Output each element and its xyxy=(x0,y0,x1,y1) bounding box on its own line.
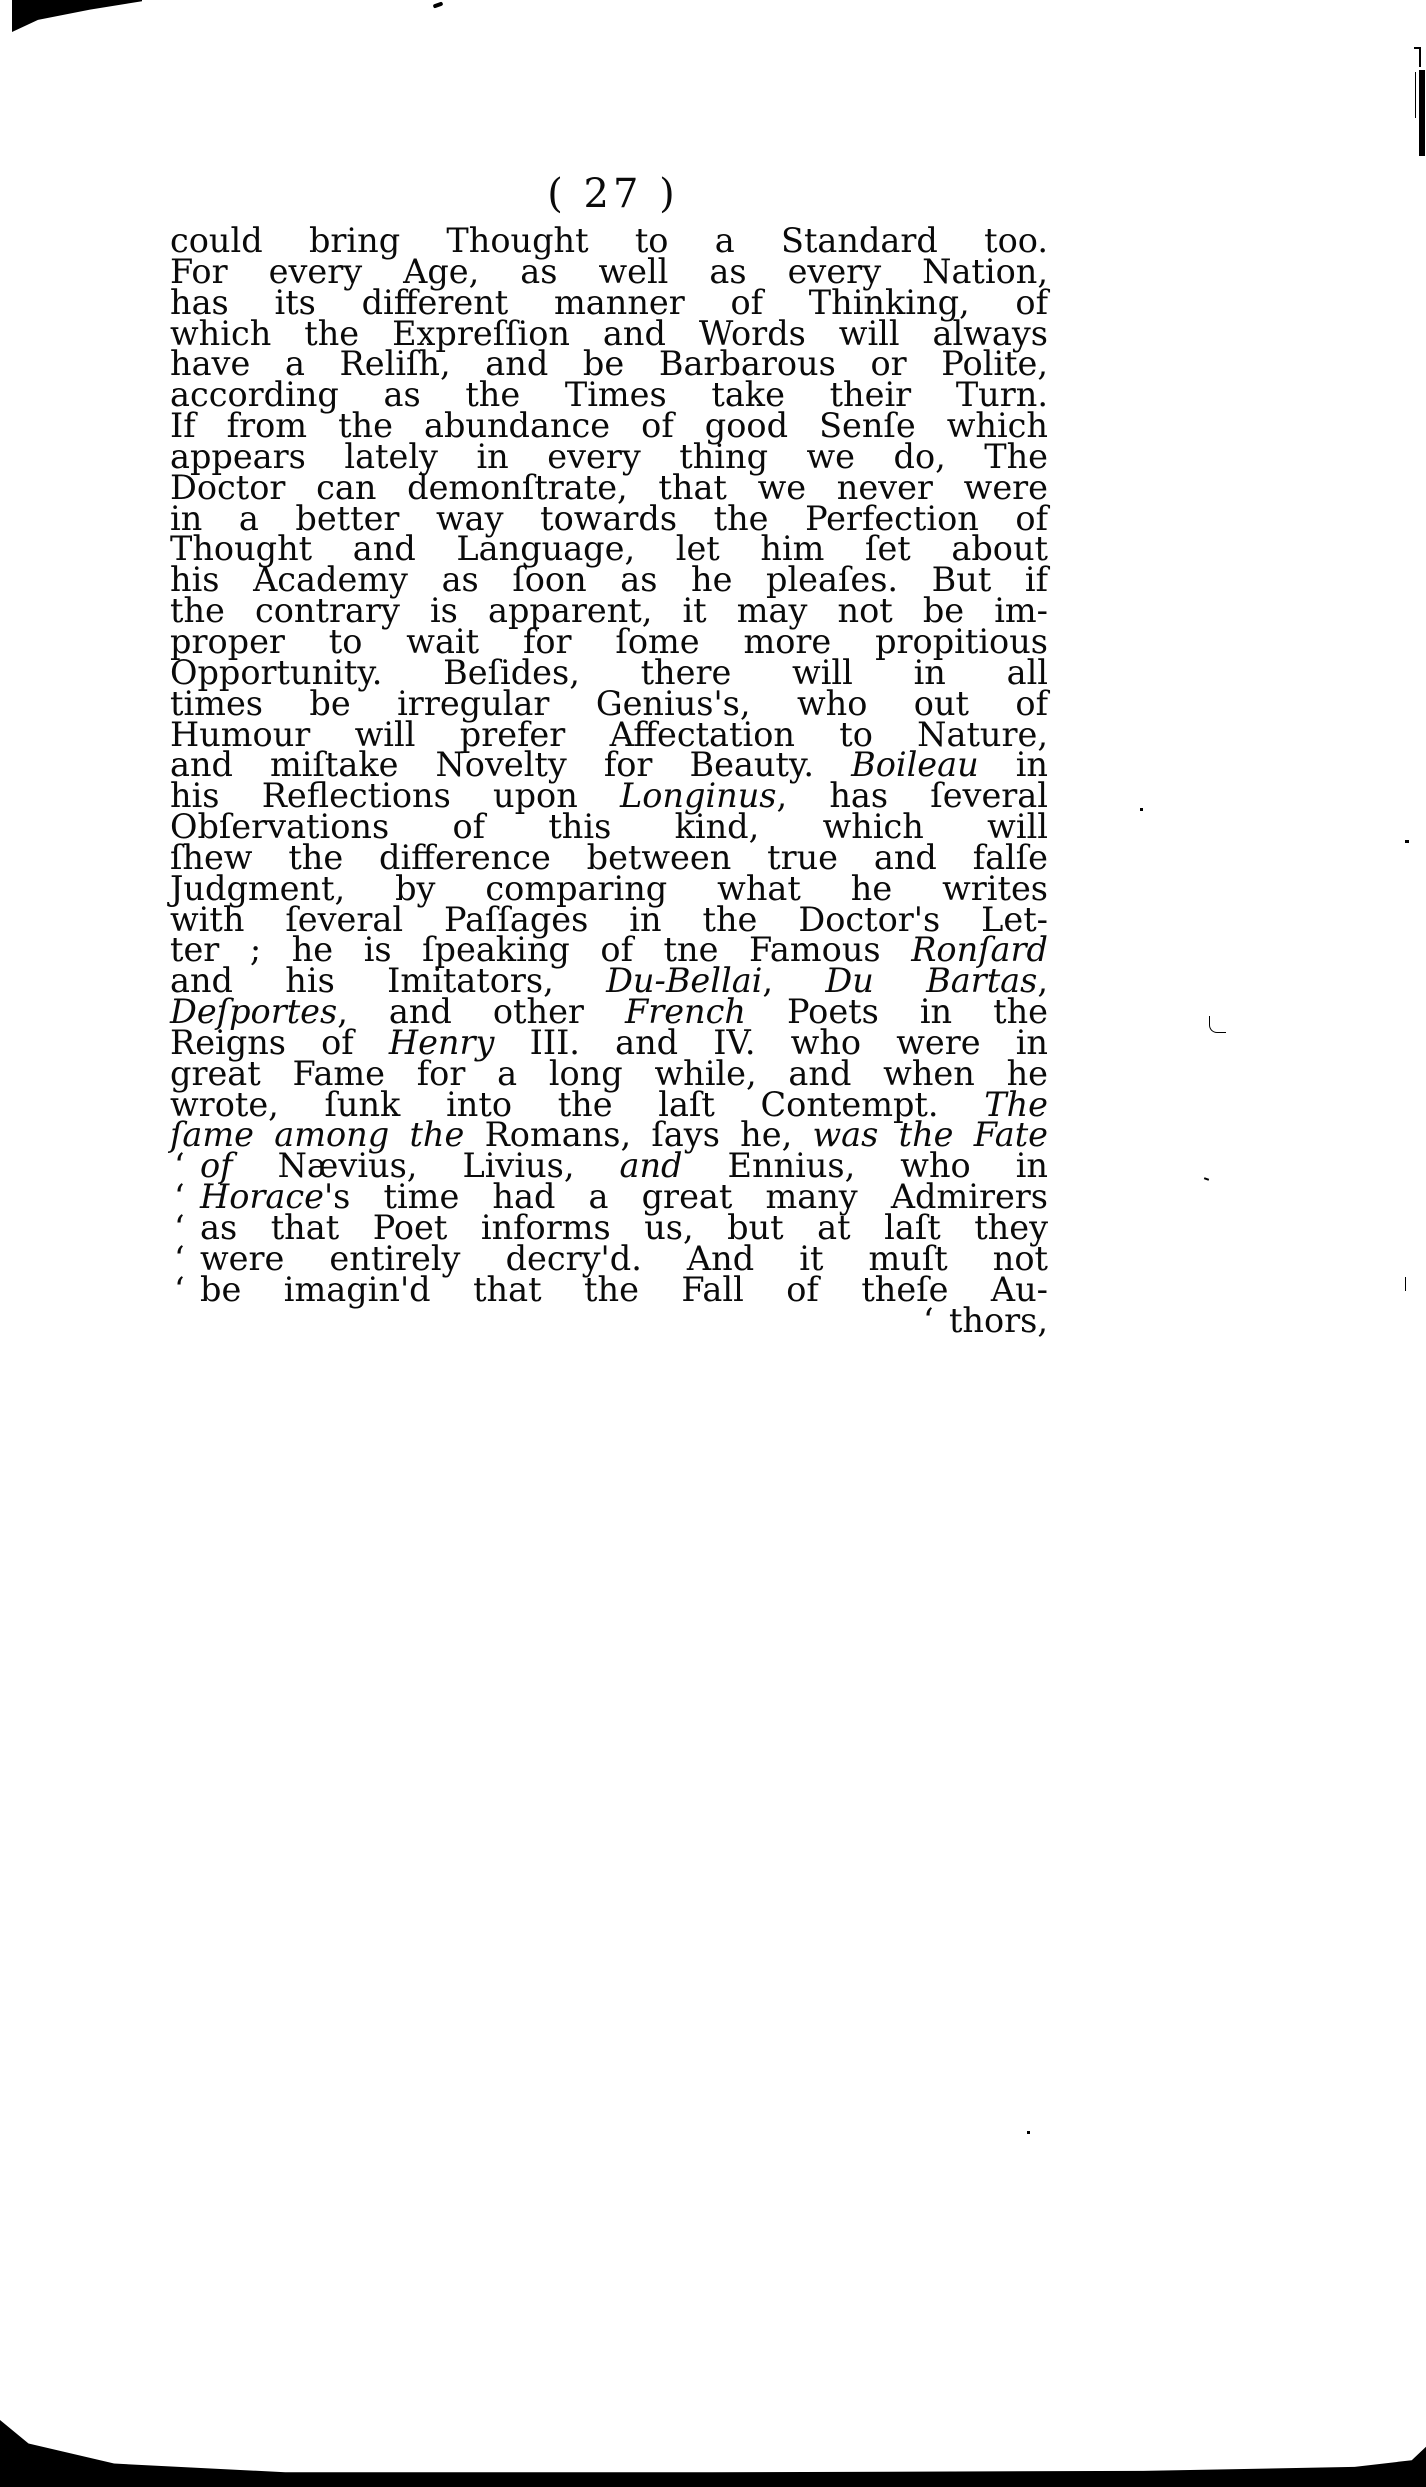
scan-speck xyxy=(433,1,444,8)
scan-speck xyxy=(1027,2131,1030,2134)
scan-speck xyxy=(1405,1277,1406,1291)
scan-margin-mark xyxy=(1209,1016,1226,1033)
scan-edge-bar-right xyxy=(1419,70,1425,156)
text-line: ‘be imagin'd that the Fall of theſe Au- xyxy=(170,1275,1048,1306)
scan-edge-line-right xyxy=(1415,72,1416,118)
scan-speck xyxy=(1140,808,1143,811)
text-segment: be imagin'd that the Fall of theſe Au- xyxy=(200,1270,1048,1309)
scan-speck xyxy=(1204,1177,1209,1181)
text-line: ‘thors, xyxy=(170,1306,1048,1337)
text-segment: thors, xyxy=(949,1301,1048,1340)
body-text: could bring Thought to a Standard too.Fo… xyxy=(170,226,1048,1336)
scan-speck xyxy=(1405,840,1409,843)
book-page: ( 27 ) could bring Thought to a Standard… xyxy=(170,168,1048,1336)
scan-edge-mark-right xyxy=(1414,47,1421,67)
page-number: ( 27 ) xyxy=(170,168,1048,226)
scan-edge-shadow-top xyxy=(12,0,142,32)
scan-edge-shadow-bottom xyxy=(0,2420,1426,2487)
